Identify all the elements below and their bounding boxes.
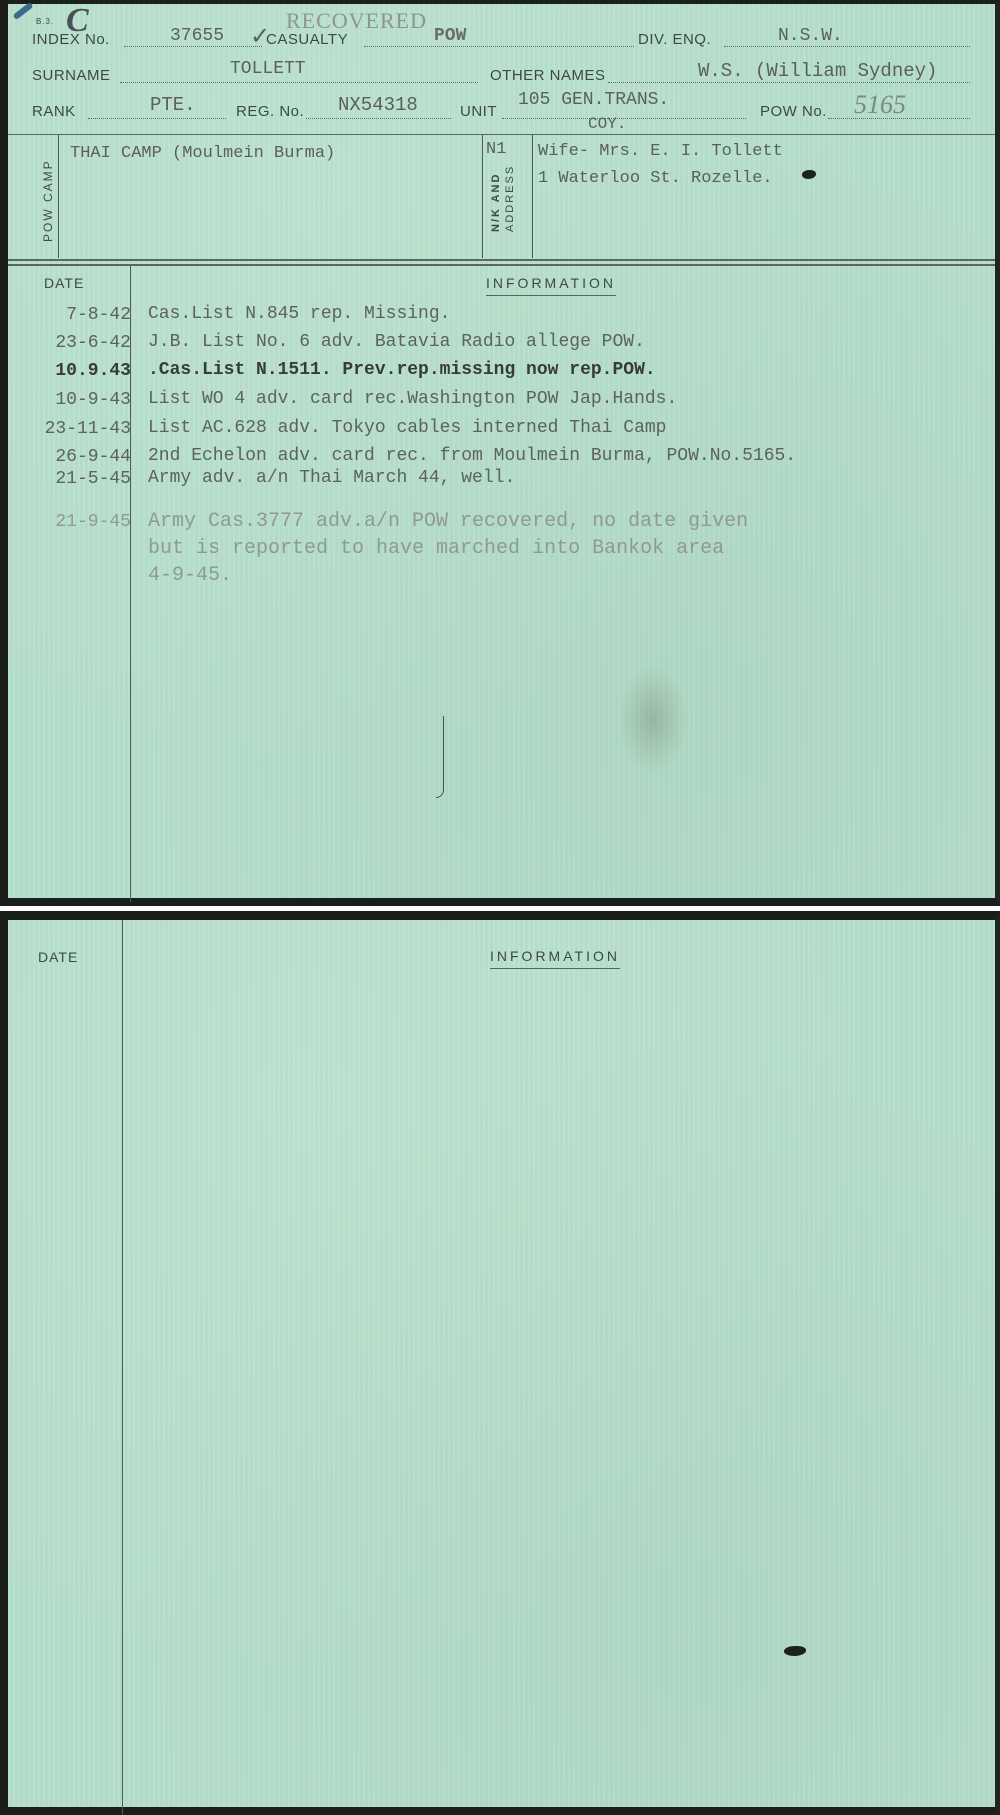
log-entry-text: Army adv. a/n Thai March 44, well. [148, 465, 515, 492]
camp-divider-bottom [8, 264, 995, 266]
pow-no-value: 5165 [854, 90, 906, 120]
camp-divider-top [8, 259, 995, 261]
log-entry-text: Army Cas.3777 adv.a/n POW recovered, no … [148, 508, 748, 535]
surname-label: SURNAME [32, 67, 111, 84]
casualty-value: POW [434, 26, 466, 46]
nk-label-line1: N/K AND [490, 173, 502, 232]
pow-camp-value: THAI CAMP (Moulmein Burma) [70, 144, 335, 163]
rank-value: PTE. [150, 94, 196, 116]
ink-blot-back [784, 1646, 806, 1656]
log-entry-text: Cas.List N.845 rep. Missing. [148, 301, 450, 328]
record-card-front: B.3. C INDEX No. 37655 ✓ CASUALTY RECOVE… [0, 0, 1000, 906]
nk-label-line2: ADDRESS [504, 165, 516, 232]
header-divider [8, 134, 995, 135]
ink-blot [802, 170, 816, 179]
date-header: DATE [44, 275, 84, 291]
unit-value-line1: 105 GEN.TRANS. [518, 90, 669, 110]
rank-dotted-line [88, 118, 226, 119]
surname-dotted-line [120, 82, 478, 83]
nk-address-line2: 1 Waterloo St. Rozelle. [538, 169, 773, 188]
unit-label: UNIT [460, 103, 497, 120]
information-header: INFORMATION [486, 275, 616, 296]
pow-camp-label: POW CAMP [41, 159, 55, 242]
log-entry-text: List WO 4 adv. card rec.Washington POW J… [148, 386, 677, 413]
paper-stain [618, 664, 688, 774]
log-entry-text: but is reported to have marched into Ban… [148, 535, 724, 562]
casualty-dotted-line [364, 46, 634, 47]
reg-no-value: NX54318 [338, 94, 418, 116]
casualty-recovered-stamp: RECOVERED [286, 8, 427, 34]
blue-pen-mark-icon [12, 2, 33, 20]
record-card-back: DATE INFORMATION [0, 911, 1000, 1815]
reg-no-dotted-line [306, 118, 451, 119]
unit-value-line2: COY. [588, 115, 626, 133]
index-label: INDEX No. [32, 31, 110, 48]
other-names-dotted-line [608, 82, 970, 83]
log-entry-text: List AC.628 adv. Tokyo cables interned T… [148, 415, 666, 442]
other-names-value: W.S. (William Sydney) [698, 60, 937, 82]
log-entry-date: 21-9-45 [6, 512, 131, 532]
log-entry-date: 10-9-43 [6, 390, 131, 410]
reg-no-label: REG. No. [236, 103, 304, 120]
log-entry-date: 21-5-45 [6, 469, 131, 489]
date-column-divider-back [122, 920, 123, 1815]
log-entry-date: 26-9-44 [6, 447, 131, 467]
log-entry-text: J.B. List No. 6 adv. Batavia Radio alleg… [148, 329, 645, 356]
index-dotted-line [124, 46, 262, 47]
form-code: B.3. [36, 17, 54, 26]
nk-right-divider [532, 135, 533, 258]
nk-code: N1 [486, 140, 506, 159]
div-enq-value: N.S.W. [778, 26, 843, 46]
rank-label: RANK [32, 103, 76, 120]
pow-no-label: POW No. [760, 103, 827, 120]
log-entry-date: 23-6-42 [6, 333, 131, 353]
pen-tick-mark-icon [436, 716, 444, 798]
nk-address-line1: Wife- Mrs. E. I. Tollett [538, 142, 783, 161]
nk-left-divider [482, 135, 483, 258]
div-enq-label: DIV. ENQ. [638, 31, 711, 48]
pow-camp-divider [58, 135, 59, 258]
log-entry-date: 23-11-43 [6, 419, 131, 439]
information-header-back: INFORMATION [490, 948, 620, 969]
date-header-back: DATE [38, 949, 78, 965]
log-entry-date: 7-8-42 [6, 305, 131, 325]
index-value: 37655 [170, 26, 224, 46]
log-entry-date: 10.9.43 [6, 361, 131, 381]
log-entry-text: 4-9-45. [148, 562, 232, 589]
div-enq-dotted-line [724, 46, 970, 47]
other-names-label: OTHER NAMES [490, 67, 606, 84]
log-entry-text: .Cas.List N.1511. Prev.rep.missing now r… [148, 357, 656, 384]
surname-value: TOLLETT [230, 59, 306, 79]
